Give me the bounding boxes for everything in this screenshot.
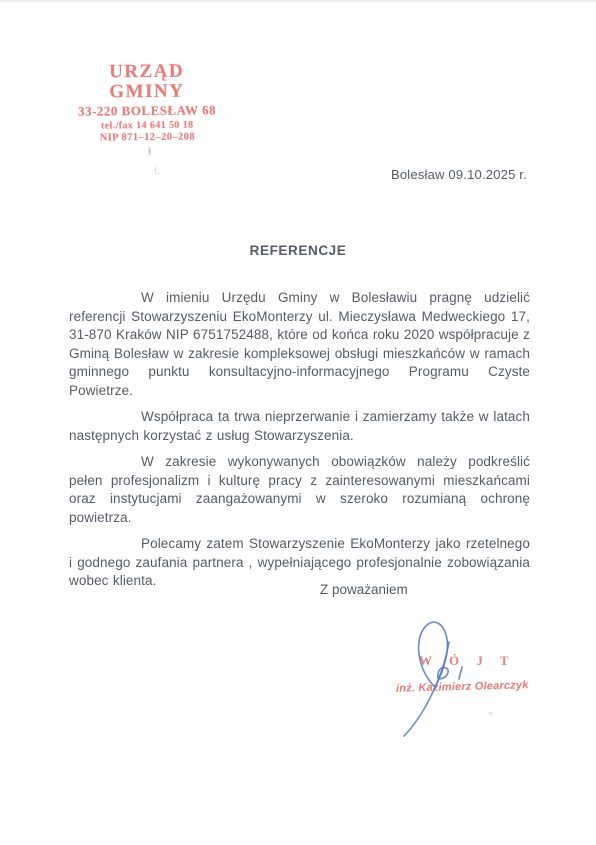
- handwritten-signature-ink: [380, 614, 530, 744]
- paragraph-2: Współpraca ta trwa nieprzerwanie i zamie…: [69, 408, 530, 445]
- document-title: REFERENCJE: [0, 243, 596, 258]
- closing-phrase: Z poważaniem: [320, 582, 408, 597]
- date-line: Bolesław 09.10.2025 r.: [391, 167, 527, 182]
- paragraph-1: W imieniu Urzędu Gminy w Bolesławiu prag…: [69, 289, 530, 400]
- stamp-office-name: URZĄD GMINY: [70, 61, 224, 103]
- scan-artifact: ł: [148, 146, 151, 158]
- letter-page: URZĄD GMINY 33-220 BOLESŁAW 68 tel./fax …: [0, 0, 596, 845]
- stamp-nip: NIP 871–12–20–208: [70, 131, 224, 145]
- paragraph-3: W zakresie wykonywanych obowiązków należ…: [69, 453, 530, 527]
- office-stamp: URZĄD GMINY 33-220 BOLESŁAW 68 tel./fax …: [70, 61, 225, 145]
- stamp-address: 33-220 BOLESŁAW 68: [70, 102, 224, 119]
- scan-artifact: L: [154, 165, 160, 177]
- paragraph-4: Polecamy zatem Stowarzyszenie EkoMonterz…: [69, 535, 530, 591]
- letter-body: W imieniu Urzędu Gminy w Bolesławiu prag…: [69, 289, 530, 599]
